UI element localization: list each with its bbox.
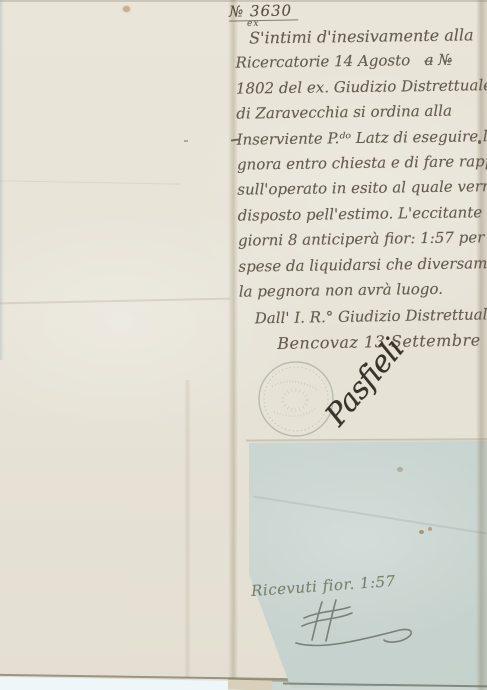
receipt-signature-flourish [288, 596, 438, 654]
ink-stain [123, 6, 130, 12]
margin-speck [184, 140, 188, 142]
secondary-fold-line [184, 380, 191, 678]
body-line: spese da liquidarsi che diversamente [238, 251, 476, 280]
body-line: Inserviente P.ᵈᵒ Latz di eseguire la pe, [236, 124, 474, 153]
body-line: la pegnora non avrà luogo. [239, 276, 477, 305]
body-line: Ricercatorie 14 Agosto a̶ №̶ [235, 48, 473, 77]
reference-number: № 3630 [229, 1, 298, 21]
body-line: giorni 8 anticiperà fior: 1:57 per [238, 226, 476, 255]
handwritten-body: S'intimi d'inesivamente alla Ricercatori… [235, 22, 477, 305]
body-line: gnora entro chiesta e di fare rapporto [237, 149, 475, 178]
rust-spot [428, 527, 432, 531]
body-line: sull'operato in esito al quale verrà [237, 175, 475, 204]
body-line: disposto pell'estimo. L'eccitante entro [238, 200, 476, 229]
body-line: di Zaravecchia si ordina alla [236, 99, 474, 128]
body-line: S'intimi d'inesivamente alla [235, 22, 473, 51]
issuing-court-line: Dall' I. R.° Giudizio Distrettuale [255, 301, 487, 332]
page-left-edge-shadow [0, 0, 4, 360]
small-mark [397, 467, 403, 472]
rust-spot [419, 530, 424, 534]
body-line: 1802 del ex. Giudizio Distrettuale [236, 73, 474, 102]
